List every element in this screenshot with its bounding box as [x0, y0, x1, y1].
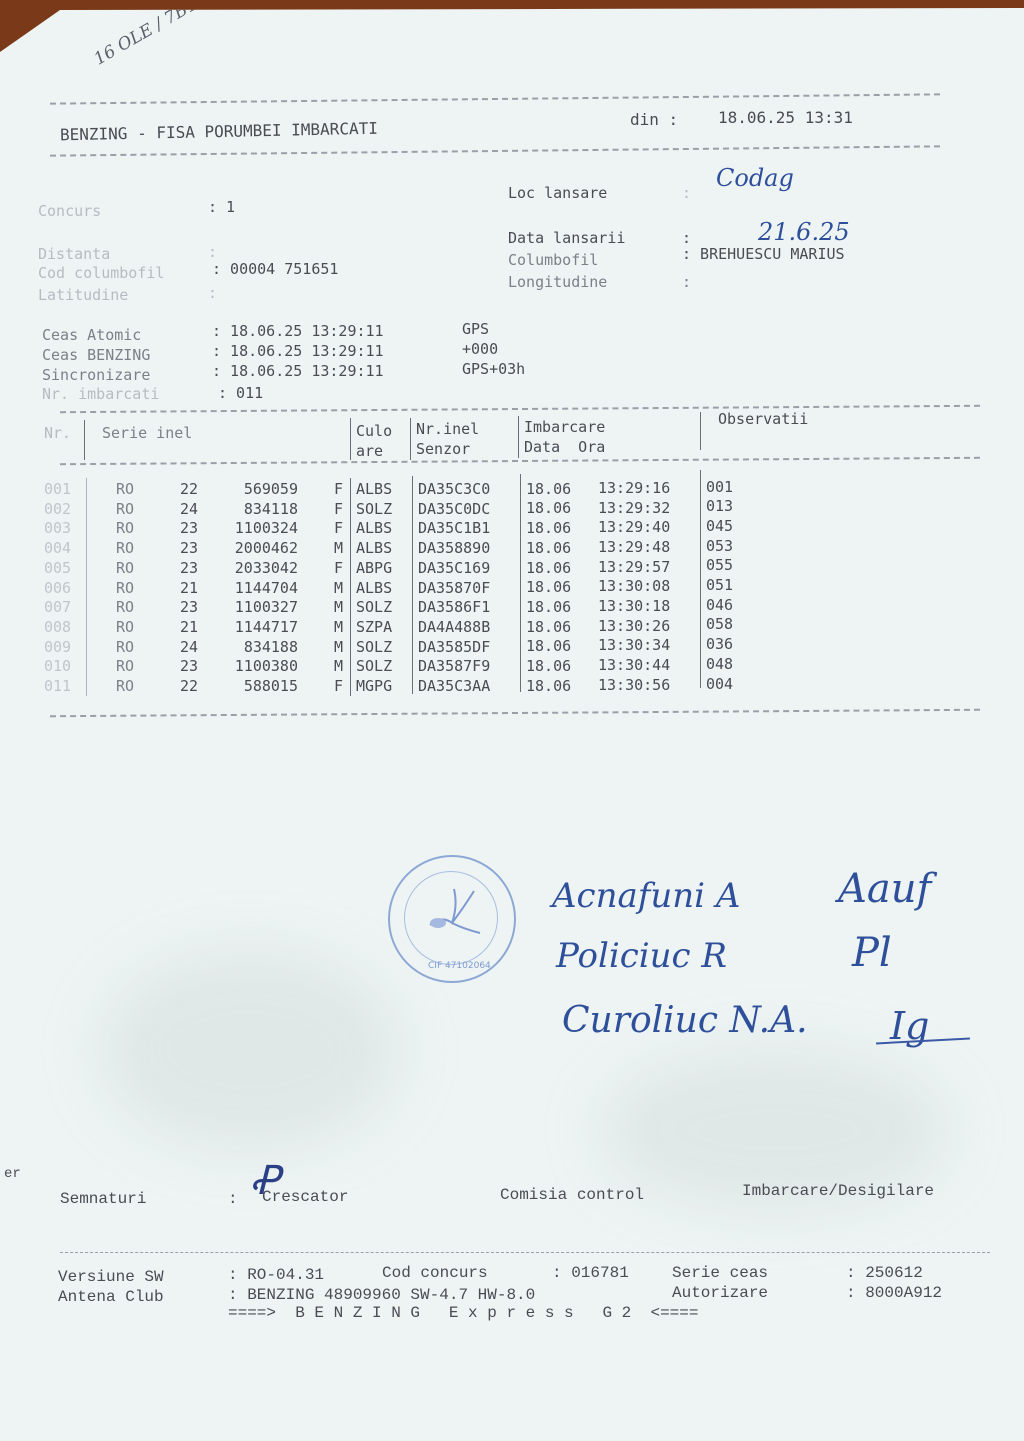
- cell-sex: F: [334, 559, 343, 577]
- cell-country: RO: [116, 638, 134, 656]
- cell-date: 18.06: [526, 559, 571, 577]
- cell-time: 13:30:08: [598, 577, 670, 595]
- divider: [60, 405, 980, 413]
- cell-obs: 051: [706, 576, 733, 594]
- cell-time: 13:30:18: [598, 597, 670, 615]
- cell-date: 18.06: [526, 618, 571, 636]
- distanta-label: Distanta: [38, 245, 110, 263]
- loc-lansare-sep: :: [682, 184, 691, 202]
- clock-note: GPS: [462, 320, 489, 338]
- table-row: 008RO211144717MSZPADA4A488B18.0613:30:26…: [0, 618, 1024, 638]
- sign-row-prefix: er: [4, 1166, 21, 1182]
- cell-color: ALBS: [356, 539, 392, 557]
- cell-country: RO: [116, 480, 134, 498]
- cell-year: 22: [180, 677, 198, 695]
- cell-color: SOLZ: [356, 657, 392, 675]
- cell-sensor: DA35C1B1: [418, 519, 490, 537]
- cell-time: 13:29:32: [598, 499, 670, 517]
- cell-sensor: DA35C3C0: [418, 480, 490, 498]
- col-header-observatii: Observatii: [718, 410, 808, 428]
- cell-sex: M: [334, 638, 343, 656]
- table-row: 002RO24834118FSOLZDA35C0DC18.0613:29:320…: [0, 500, 1024, 520]
- clock-value: : 18.06.25 13:29:11: [212, 342, 384, 360]
- column-separator: [518, 416, 519, 458]
- table-row: 009RO24834188MSOLZDA3585DF18.0613:30:340…: [0, 638, 1024, 658]
- divider: [50, 93, 940, 104]
- cod-columbofil-label: Cod columbofil: [38, 264, 164, 282]
- cell-color: ALBS: [356, 579, 392, 597]
- signature-name: Curoliuc N.A.: [562, 1000, 808, 1041]
- clock-value: : 18.06.25 13:29:11: [212, 322, 384, 340]
- imbarcare-desigilare-label: Imbarcare/Desigilare: [742, 1182, 934, 1200]
- autorizare-value: : 8000A912: [846, 1284, 942, 1302]
- cod-concurs-value: : 016781: [552, 1264, 629, 1282]
- cell-sensor: DA3587F9: [418, 657, 490, 675]
- cell-nr: 010: [44, 657, 71, 675]
- columbofil-label: Columbofil: [508, 251, 598, 269]
- divider: [50, 709, 980, 717]
- concurs-label: Concurs: [38, 202, 101, 220]
- cell-sensor: DA35870F: [418, 579, 490, 597]
- cell-color: SOLZ: [356, 500, 392, 518]
- signature-mark: Aauf: [838, 866, 931, 912]
- cell-sensor: DA3586F1: [418, 598, 490, 616]
- cell-country: RO: [116, 539, 134, 557]
- cell-nr: 003: [44, 519, 71, 537]
- column-separator: [84, 420, 85, 460]
- versiune-value: : RO-04.31: [228, 1266, 324, 1284]
- cell-sensor: DA358890: [418, 539, 490, 557]
- cell-sex: M: [334, 598, 343, 616]
- cell-ring: 2033042: [235, 559, 298, 577]
- cell-sensor: DA35C3AA: [418, 677, 490, 695]
- clock-label: Sincronizare: [42, 366, 150, 384]
- cell-year: 22: [180, 480, 198, 498]
- cell-ring: 1100327: [235, 598, 298, 616]
- clock-note: +000: [462, 340, 498, 358]
- cell-country: RO: [116, 519, 134, 537]
- table-row: 006RO211144704MALBSDA35870F18.0613:30:08…: [0, 579, 1024, 599]
- cell-date: 18.06: [526, 539, 571, 557]
- divider: [50, 145, 940, 156]
- benzing-banner: ====> B E N Z I N G E x p r e s s G 2 <=…: [228, 1304, 698, 1322]
- column-separator: [350, 418, 351, 460]
- cell-year: 23: [180, 539, 198, 557]
- page-title: BENZING - FISA PORUMBEI IMBARCATI: [60, 119, 378, 145]
- cell-color: ABPG: [356, 559, 392, 577]
- col-header-imbarcare: Imbarcare: [524, 418, 605, 436]
- cell-year: 21: [180, 579, 198, 597]
- cell-time: 13:30:44: [598, 656, 670, 674]
- cell-nr: 005: [44, 559, 71, 577]
- column-separator: [412, 476, 413, 694]
- cell-date: 18.06: [526, 657, 571, 675]
- cell-date: 18.06: [526, 578, 571, 596]
- col-header-culoare: Culo: [356, 422, 392, 440]
- cell-ring: 1144704: [235, 579, 298, 597]
- cell-time: 13:29:48: [598, 538, 670, 556]
- cell-time: 13:29:40: [598, 518, 670, 536]
- cell-sensor: DA35C0DC: [418, 500, 490, 518]
- cell-color: SOLZ: [356, 598, 392, 616]
- cell-date: 18.06: [526, 677, 571, 695]
- col-header-senzor: Senzor: [416, 440, 470, 458]
- latitudine-label: Latitudine: [38, 286, 128, 304]
- cell-obs: 004: [706, 675, 733, 693]
- imbarcati-label: Nr. imbarcati: [42, 385, 159, 403]
- cell-obs: 046: [706, 596, 733, 614]
- table-row: 001RO22569059FALBSDA35C3C018.0613:29:160…: [0, 480, 1024, 500]
- serie-ceas-label: Serie ceas: [672, 1264, 768, 1282]
- loc-lansare-label: Loc lansare: [508, 184, 607, 202]
- cell-obs: 045: [706, 517, 733, 535]
- cell-year: 24: [180, 500, 198, 518]
- cell-sensor: DA3585DF: [418, 638, 490, 656]
- data-lansarii-label: Data lansarii: [508, 229, 625, 247]
- cell-nr: 009: [44, 638, 71, 656]
- cell-time: 13:30:26: [598, 617, 670, 635]
- cell-date: 18.06: [526, 499, 571, 517]
- col-header-nr: Nr.: [44, 424, 71, 442]
- table-row: 004RO232000462MALBSDA35889018.0613:29:48…: [0, 539, 1024, 559]
- column-separator: [520, 474, 521, 692]
- table-row: 007RO231100327MSOLZDA3586F118.0613:30:18…: [0, 598, 1024, 618]
- clock-note: GPS+03h: [462, 360, 525, 378]
- cell-obs: 001: [706, 478, 733, 496]
- cell-sex: M: [334, 539, 343, 557]
- cell-date: 18.06: [526, 480, 571, 498]
- cod-columbofil-value: : 00004 751651: [212, 260, 338, 278]
- col-header-culoare: are: [356, 442, 383, 460]
- corner-note: 16 OLE / 7BY: [91, 0, 201, 70]
- column-separator: [700, 412, 701, 450]
- cell-obs: 058: [706, 615, 733, 633]
- signatures-label: Semnaturi: [60, 1190, 146, 1208]
- cell-year: 21: [180, 618, 198, 636]
- longitudine-label: Longitudine: [508, 273, 607, 291]
- cell-sex: M: [334, 657, 343, 675]
- cell-time: 13:30:34: [598, 636, 670, 654]
- latitudine-value: :: [208, 284, 217, 302]
- signature-mark: Pl: [852, 930, 892, 976]
- clock-label: Ceas BENZING: [42, 346, 150, 364]
- paper-shadow: [100, 950, 400, 1150]
- cell-year: 23: [180, 559, 198, 577]
- columbofil-value: : BREHUESCU MARIUS: [682, 245, 845, 263]
- signature-name: Policiuc R: [556, 936, 727, 976]
- column-separator: [410, 418, 411, 460]
- imbarcati-value: : 011: [218, 384, 263, 402]
- cell-date: 18.06: [526, 598, 571, 616]
- cell-nr: 004: [44, 539, 71, 557]
- cell-sex: M: [334, 579, 343, 597]
- cell-sensor: DA35C169: [418, 559, 490, 577]
- cell-country: RO: [116, 677, 134, 695]
- table-row: 011RO22588015FMGPGDA35C3AA18.0613:30:560…: [0, 677, 1024, 697]
- cell-obs: 036: [706, 635, 733, 653]
- cell-ring: 1100324: [235, 519, 298, 537]
- cell-ring: 569059: [244, 480, 298, 498]
- club-stamp: CIF 47102064: [388, 855, 516, 983]
- cell-time: 13:30:56: [598, 676, 670, 694]
- loc-lansare-handwritten: Codag: [716, 164, 794, 192]
- cell-sex: F: [334, 519, 343, 537]
- cell-color: SOLZ: [356, 638, 392, 656]
- table-row: 003RO231100324FALBSDA35C1B118.0613:29:40…: [0, 519, 1024, 539]
- autorizare-label: Autorizare: [672, 1284, 768, 1302]
- column-separator: [86, 478, 87, 696]
- cell-sex: M: [334, 618, 343, 636]
- clock-label: Ceas Atomic: [42, 326, 141, 344]
- cell-color: ALBS: [356, 519, 392, 537]
- longitudine-value: :: [682, 273, 691, 291]
- divider: [60, 1252, 990, 1253]
- signature-name: Acnafuni A: [552, 876, 740, 916]
- crescator-signature: Ꝓ: [250, 1158, 279, 1204]
- column-separator: [350, 478, 351, 696]
- concurs-value: : 1: [208, 198, 235, 216]
- stamp-cif: CIF 47102064: [428, 961, 491, 971]
- cell-ring: 588015: [244, 677, 298, 695]
- cell-obs: 055: [706, 556, 733, 574]
- cell-nr: 008: [44, 618, 71, 636]
- cell-year: 23: [180, 519, 198, 537]
- cell-year: 24: [180, 638, 198, 656]
- pigeon-icon: [424, 885, 484, 945]
- table-row: 010RO231100380MSOLZDA3587F918.0613:30:44…: [0, 657, 1024, 677]
- cell-country: RO: [116, 618, 134, 636]
- document-page: 16 OLE / 7BY BENZING - FISA PORUMBEI IMB…: [0, 0, 1024, 1441]
- cell-year: 23: [180, 598, 198, 616]
- cell-country: RO: [116, 657, 134, 675]
- table-row: 005RO232033042FABPGDA35C16918.0613:29:57…: [0, 559, 1024, 579]
- cell-sensor: DA4A488B: [418, 618, 490, 636]
- cell-nr: 011: [44, 677, 71, 695]
- cell-obs: 013: [706, 497, 733, 515]
- cell-obs: 048: [706, 655, 733, 673]
- cell-nr: 002: [44, 500, 71, 518]
- cell-sex: F: [334, 480, 343, 498]
- cell-ring: 1100380: [235, 657, 298, 675]
- cell-nr: 007: [44, 598, 71, 616]
- cell-country: RO: [116, 598, 134, 616]
- cell-date: 18.06: [526, 519, 571, 537]
- cell-nr: 006: [44, 579, 71, 597]
- cell-time: 13:29:16: [598, 479, 670, 497]
- cell-ring: 1144717: [235, 618, 298, 636]
- signatures-sep: :: [228, 1190, 238, 1208]
- data-lansarii-handwritten: 21.6.25: [758, 218, 850, 246]
- cell-country: RO: [116, 500, 134, 518]
- col-header-serie: Serie inel: [102, 424, 192, 442]
- distanta-value: :: [208, 243, 217, 261]
- cell-color: MGPG: [356, 677, 392, 695]
- cod-concurs-label: Cod concurs: [382, 1264, 488, 1282]
- cell-ring: 834188: [244, 638, 298, 656]
- divider: [60, 457, 980, 465]
- cell-nr: 001: [44, 480, 71, 498]
- cell-color: ALBS: [356, 480, 392, 498]
- cell-year: 23: [180, 657, 198, 675]
- din-value: 18.06.25 13:31: [718, 108, 853, 127]
- col-header-imbarcare: Data Ora: [524, 438, 605, 456]
- cell-date: 18.06: [526, 637, 571, 655]
- col-header-senzor: Nr.inel: [416, 420, 479, 438]
- antena-label: Antena Club: [58, 1288, 164, 1306]
- cell-sex: F: [334, 677, 343, 695]
- cell-obs: 053: [706, 537, 733, 555]
- clock-value: : 18.06.25 13:29:11: [212, 362, 384, 380]
- antena-value: : BENZING 48909960 SW-4.7 HW-8.0: [228, 1286, 535, 1304]
- cell-ring: 2000462: [235, 539, 298, 557]
- cell-time: 13:29:57: [598, 558, 670, 576]
- cell-color: SZPA: [356, 618, 392, 636]
- cell-country: RO: [116, 579, 134, 597]
- cell-country: RO: [116, 559, 134, 577]
- cell-ring: 834118: [244, 500, 298, 518]
- comisia-label: Comisia control: [500, 1186, 644, 1204]
- column-separator: [700, 470, 701, 688]
- din-label: din :: [630, 110, 678, 129]
- serie-ceas-value: : 250612: [846, 1264, 923, 1282]
- versiune-label: Versiune SW: [58, 1268, 164, 1286]
- cell-sex: F: [334, 500, 343, 518]
